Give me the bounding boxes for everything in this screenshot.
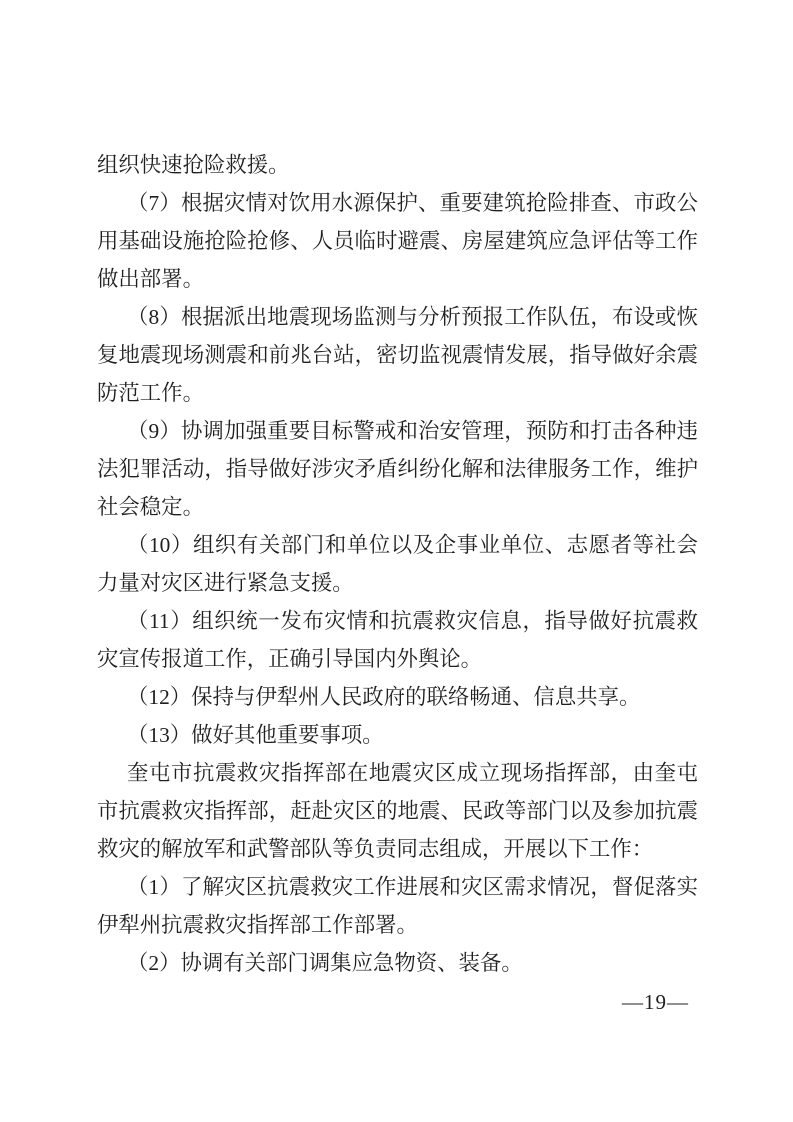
paragraph-item-2: （2）协调有关部门调集应急物资、装备。 <box>97 944 698 982</box>
paragraph-item-1: （1）了解灾区抗震救灾工作进展和灾区需求情况，督促落实伊犁州抗震救灾指挥部工作部… <box>97 868 698 944</box>
paragraph-field-hq: 奎屯市抗震救灾指挥部在地震灾区成立现场指挥部，由奎屯市抗震救灾指挥部，赶赴灾区的… <box>97 754 698 868</box>
page-number: —19— <box>622 990 689 1014</box>
document-page: 组织快速抢险救援。 （7）根据灾情对饮用水源保护、重要建筑抢险排查、市政公用基础… <box>0 0 793 1122</box>
paragraph-item-7: （7）根据灾情对饮用水源保护、重要建筑抢险排查、市政公用基础设施抢险抢修、人员临… <box>97 184 698 298</box>
paragraph-item-11: （11）组织统一发布灾情和抗震救灾信息，指导做好抗震救灾宣传报道工作，正确引导国… <box>97 602 698 678</box>
paragraph-item-13: （13）做好其他重要事项。 <box>97 716 698 754</box>
paragraph-item-9: （9）协调加强重要目标警戒和治安管理，预防和打击各种违法犯罪活动，指导做好涉灾矛… <box>97 412 698 526</box>
paragraph-item-8: （8）根据派出地震现场监测与分析预报工作队伍，布设或恢复地震现场测震和前兆台站，… <box>97 298 698 412</box>
paragraph-item-10: （10）组织有关部门和单位以及企事业单位、志愿者等社会力量对灾区进行紧急支援。 <box>97 526 698 602</box>
document-body: 组织快速抢险救援。 （7）根据灾情对饮用水源保护、重要建筑抢险排查、市政公用基础… <box>97 146 698 982</box>
paragraph-continuation: 组织快速抢险救援。 <box>97 146 698 184</box>
paragraph-item-12: （12）保持与伊犁州人民政府的联络畅通、信息共享。 <box>97 678 698 716</box>
page-footer: —19— <box>622 989 689 1015</box>
